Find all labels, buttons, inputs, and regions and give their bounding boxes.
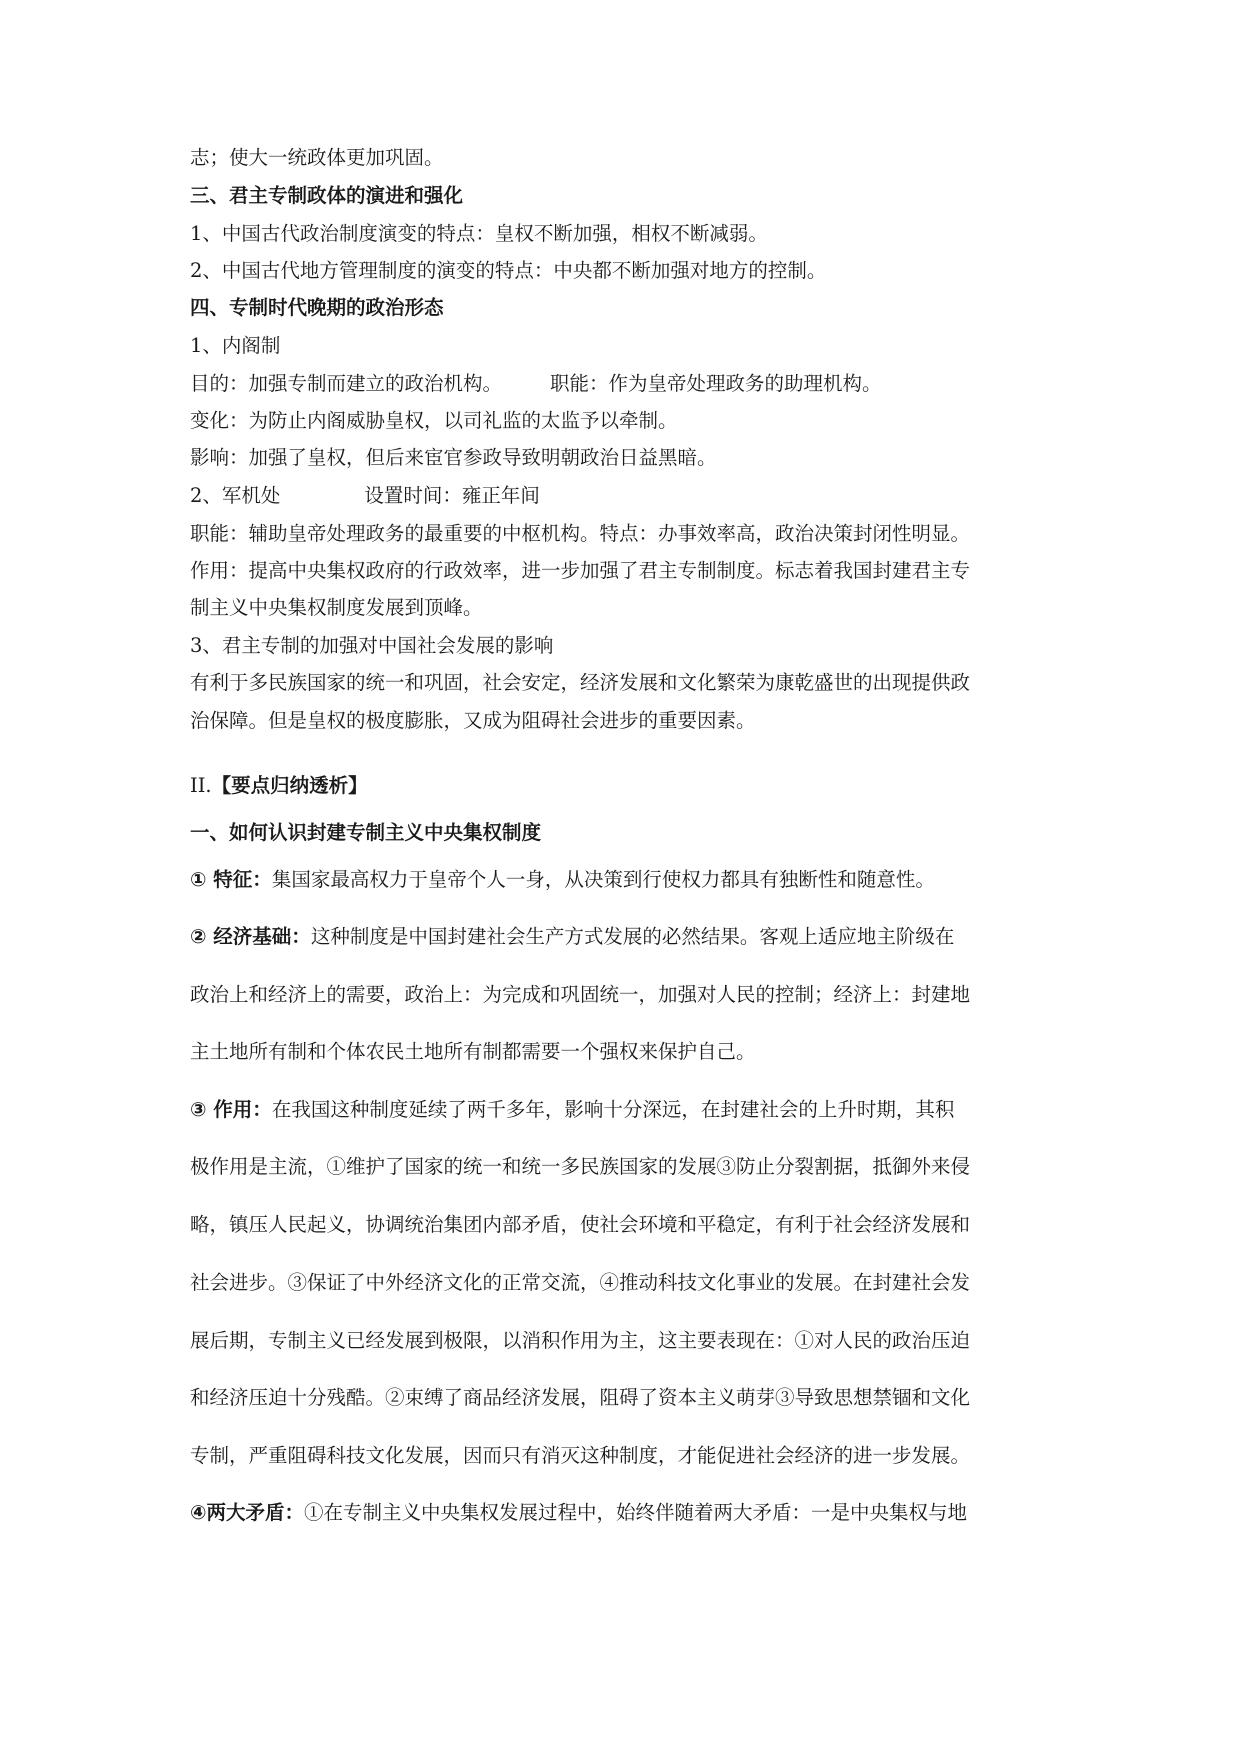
neige-change: 变化：为防止内阁威胁皇权，以司礼监的太监予以牵制。 <box>190 409 678 433</box>
influence-text: 有利于多民族国家的统一和巩固，社会安定，经济发展和文化繁荣为康乾盛世的出现提供政 <box>190 671 970 695</box>
point-label: ① 特征： <box>190 868 272 891</box>
point-text: 略，镇压人民起义，协调统治集团内部矛盾，使社会环境和平稳定，有利于社会经济发展和 <box>190 1213 970 1237</box>
point-text: 社会进步。③保证了中外经济文化的正常交流，④推动科技文化事业的发展。在封建社会发 <box>190 1271 970 1295</box>
point-text: 政治上和经济上的需要，政治上：为完成和巩固统一，加强对人民的控制；经济上：封建地 <box>190 983 970 1007</box>
paragraph-continuation: 志；使大一统政体更加巩固。 <box>190 146 444 170</box>
point-economic-basis: ② 经济基础：这种制度是中国封建社会生产方式发展的必然结果。客观上适应地主阶级在 <box>190 925 954 949</box>
point-role: ③ 作用：在我国这种制度延续了两千多年，影响十分深远，在封建社会的上升时期，其积 <box>190 1098 954 1122</box>
part2-heading-prefix: II. <box>190 774 212 797</box>
point-label: ② 经济基础： <box>190 925 311 948</box>
neige-impact: 影响：加强了皇权，但后来宦官参政导致明朝政治日益黑暗。 <box>190 446 717 470</box>
subheading-junjichu: 2、军机处 <box>190 484 280 507</box>
point-contradictions: ④两大矛盾：①在专制主义中央集权发展过程中，始终伴随着两大矛盾：一是中央集权与地 <box>190 1501 967 1525</box>
point-text: 展后期，专制主义已经发展到极限，以消积作用为主，这主要表现在：①对人民的政治压迫 <box>190 1329 970 1353</box>
part2-heading: II.【要点归纳透析】 <box>190 774 368 798</box>
point-text: 和经济压迫十分残酷。②束缚了商品经济发展，阻碍了资本主义萌芽③导致思想禁锢和文化 <box>190 1386 970 1410</box>
point-text: 主土地所有制和个体农民土地所有制都需要一个强权来保护自己。 <box>190 1040 756 1064</box>
point-label: ③ 作用： <box>190 1098 272 1121</box>
neige-function: 职能：作为皇帝处理政务的助理机构。 <box>550 372 882 395</box>
subheading-influence: 3、君主专制的加强对中国社会发展的影响 <box>190 634 553 658</box>
section-heading-3: 三、君主专制政体的演进和强化 <box>190 184 463 208</box>
neige-purpose-function: 目的：加强专制而建立的政治机构。职能：作为皇帝处理政务的助理机构。 <box>190 372 882 396</box>
neige-purpose: 目的：加强专制而建立的政治机构。 <box>190 372 502 395</box>
list-item: 2、中国古代地方管理制度的演变的特点：中央都不断加强对地方的控制。 <box>190 259 826 283</box>
junjichu-role: 作用：提高中央集权政府的行政效率，进一步加强了君主专制制度。标志着我国封建君主专 <box>190 559 970 583</box>
junjichu-role-cont: 制主义中央集权制度发展到顶峰。 <box>190 596 483 620</box>
subheading-neige: 1、内阁制 <box>190 334 280 358</box>
point-feature: ① 特征：集国家最高权力于皇帝个人一身，从决策到行使权力都具有独断性和随意性。 <box>190 868 935 892</box>
list-item: 1、中国古代政治制度演变的特点：皇权不断加强，相权不断减弱。 <box>190 222 768 246</box>
junjichu-title-row: 2、军机处设置时间：雍正年间 <box>190 484 540 508</box>
point-label: ④两大矛盾： <box>190 1501 304 1524</box>
junjichu-time: 设置时间：雍正年间 <box>364 484 540 507</box>
part2-section-heading: 一、如何认识封建专制主义中央集权制度 <box>190 821 541 845</box>
point-text: 专制，严重阻碍科技文化发展，因而只有消灭这种制度，才能促进社会经济的进一步发展。 <box>190 1444 970 1468</box>
influence-text-cont: 治保障。但是皇权的极度膨胀，又成为阻碍社会进步的重要因素。 <box>190 709 756 733</box>
part2-heading-title: 【要点归纳透析】 <box>212 774 368 797</box>
section-heading-4: 四、专制时代晚期的政治形态 <box>190 296 444 320</box>
junjichu-function: 职能：辅助皇帝处理政务的最重要的中枢机构。特点：办事效率高，政治决策封闭性明显。 <box>190 522 970 546</box>
point-text: 极作用是主流，①维护了国家的统一和统一多民族国家的发展③防止分裂割据，抵御外来侵 <box>190 1155 970 1179</box>
